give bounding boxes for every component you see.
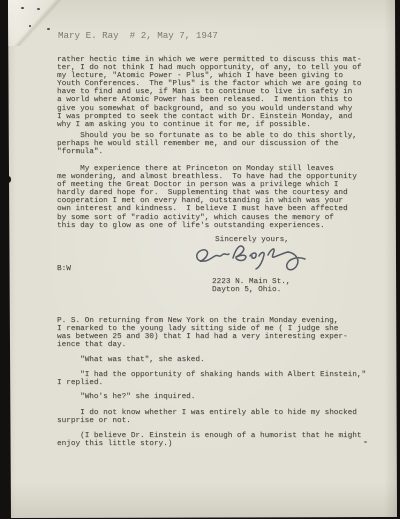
letter-header-line: Mary E. Ray # 2, May 7, 1947	[58, 31, 218, 41]
letter-paragraph-3: My experience there at Princeton on Mond…	[57, 165, 357, 230]
dialogue-line-1: "What was that", she asked.	[57, 356, 205, 364]
typist-initials: B:W	[57, 265, 71, 273]
letter-paragraph-1: rather hectic time in which we were perm…	[57, 56, 361, 129]
letter-paragraph-2: Should you be so fortunate as to be able…	[57, 132, 357, 156]
dialogue-line-2: "I had the opportunity of shaking hands …	[57, 371, 366, 387]
paper-speck	[364, 441, 367, 443]
postscript-paragraph-3: (I believe Dr. Einstein is enough of a h…	[57, 432, 362, 448]
scanned-letter-page: { "scan": { "paper_color": "#e2e0d4", "b…	[0, 0, 400, 519]
letter-paper: Mary E. Ray # 2, May 7, 1947 rather hect…	[0, 0, 400, 519]
postscript-paragraph-2: I do not know whether I was entirely abl…	[57, 409, 357, 425]
paper-speck	[21, 7, 24, 9]
paper-speck	[47, 28, 50, 30]
dialogue-line-3: "Who's he?" she inquired.	[57, 393, 195, 401]
paper-speck	[37, 8, 40, 10]
postscript-paragraph: P. S. On returning from New York on the …	[57, 317, 348, 349]
sender-address: 2223 N. Main St., Dayton 5, Ohio.	[212, 278, 290, 294]
handwritten-signature	[193, 239, 311, 279]
paper-speck	[29, 25, 31, 27]
